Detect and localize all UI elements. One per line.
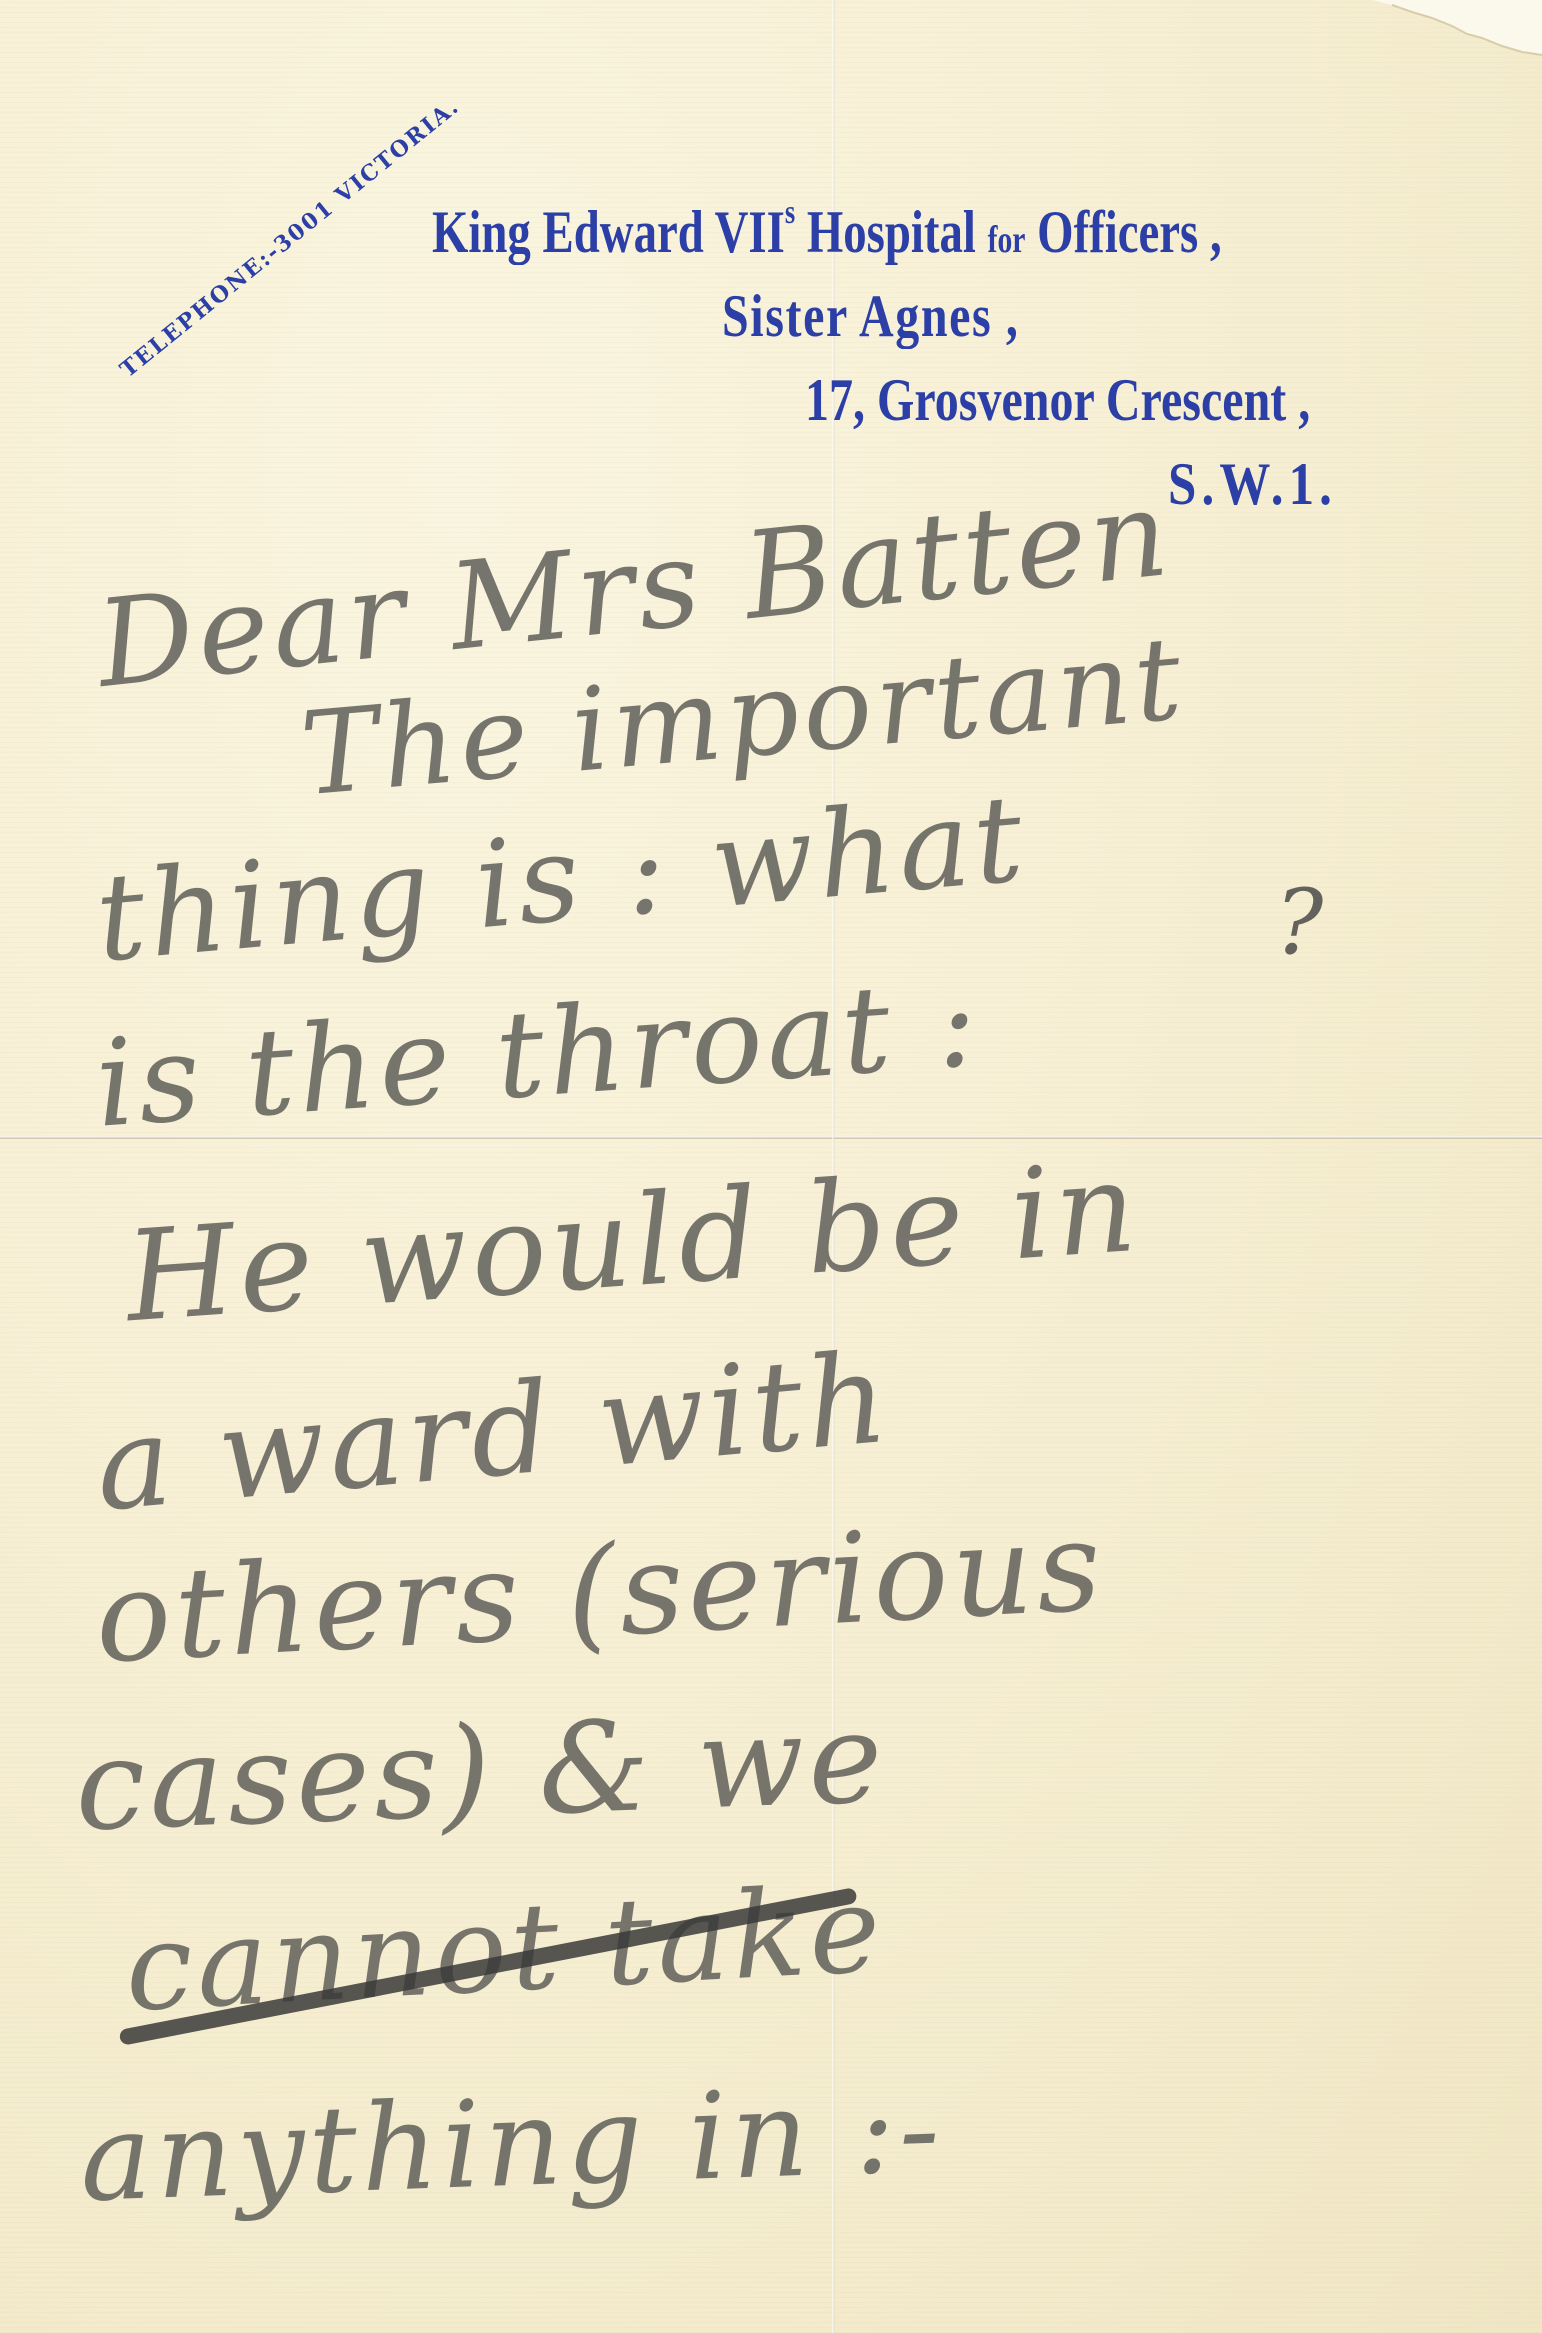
letter-line: anything in :-	[78, 2060, 946, 2229]
letterhead-postcode: S.W.1.	[1168, 450, 1337, 519]
torn-corner	[1372, 0, 1542, 60]
letter-page: TELEPHONE:-3001 VICTORIA. King Edward VI…	[0, 0, 1542, 2333]
letter-line: thing is : what	[91, 770, 1032, 990]
hospital-name-for: for	[988, 219, 1026, 261]
letter-line: is the throat :	[91, 954, 985, 1154]
inserted-question-mark: ?	[1275, 870, 1323, 975]
letterhead-sister-agnes: Sister Agnes ,	[722, 282, 1020, 351]
letter-line: a ward with	[90, 1326, 897, 1540]
hospital-name-part: King Edward VII	[432, 199, 785, 265]
hospital-name-part: Hospital	[795, 199, 987, 265]
letter-line: He would be in	[121, 1135, 1144, 1350]
letterhead-hospital-name: King Edward VIIs Hospital for Officers ,	[432, 198, 1222, 267]
hospital-name-part: Officers ,	[1025, 199, 1221, 265]
telephone-number: TELEPHONE:-3001 VICTORIA.	[99, 80, 481, 396]
letterhead-address: 17, Grosvenor Crescent ,	[805, 366, 1310, 435]
hospital-name-superscript: s	[785, 194, 795, 231]
letter-line: cases) & we	[73, 1686, 889, 1859]
